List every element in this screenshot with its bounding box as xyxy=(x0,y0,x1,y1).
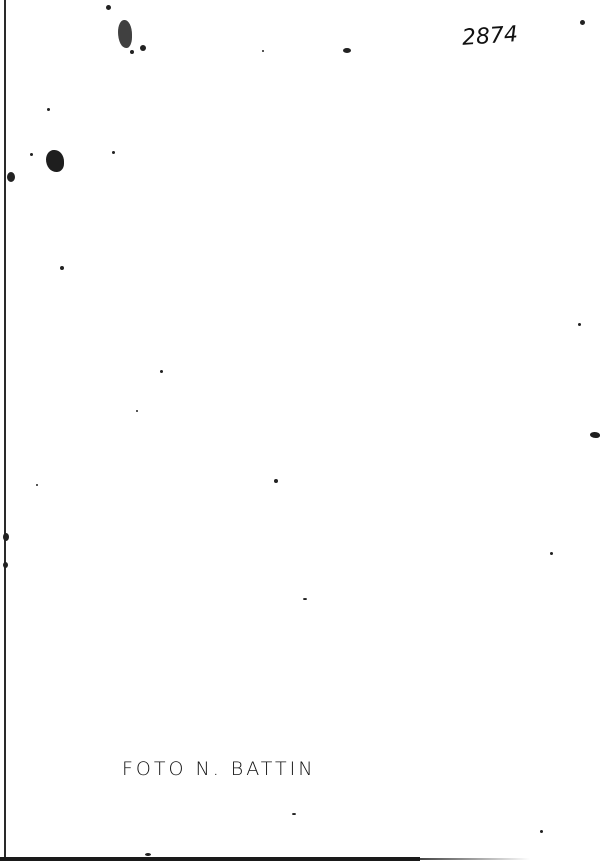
ink-speck xyxy=(136,410,138,412)
ink-speck xyxy=(540,830,543,833)
ink-speck xyxy=(550,552,553,555)
ink-speck xyxy=(160,370,163,373)
ink-speck xyxy=(7,172,15,182)
ink-speck xyxy=(145,853,151,856)
ink-speck xyxy=(3,562,8,568)
ink-speck xyxy=(262,50,264,52)
ink-speck xyxy=(106,5,111,10)
ink-speck xyxy=(112,151,115,154)
ink-speck xyxy=(3,533,9,541)
ink-speck xyxy=(274,479,278,483)
ink-speck xyxy=(578,323,581,326)
ink-speck xyxy=(580,20,585,25)
ink-blot xyxy=(590,432,600,438)
ink-speck xyxy=(60,266,64,270)
ink-speck xyxy=(303,598,307,600)
ink-blot xyxy=(118,20,132,48)
photo-credit: FOTO N. BATTIN xyxy=(122,758,315,780)
ink-speck xyxy=(140,45,146,51)
ink-speck xyxy=(36,484,38,486)
page-bottom-border xyxy=(0,857,420,861)
ink-speck xyxy=(343,48,351,53)
ink-speck xyxy=(30,153,33,156)
ink-speck xyxy=(292,813,296,815)
ink-speck xyxy=(47,108,50,111)
ink-speck xyxy=(130,50,134,54)
ink-blot xyxy=(46,150,64,172)
page-bottom-border-fade xyxy=(420,858,530,860)
catalog-number: 2874 xyxy=(461,22,519,51)
page-left-border xyxy=(4,0,6,861)
scanned-page: 2874 FOTO N. BATTIN xyxy=(0,0,600,861)
